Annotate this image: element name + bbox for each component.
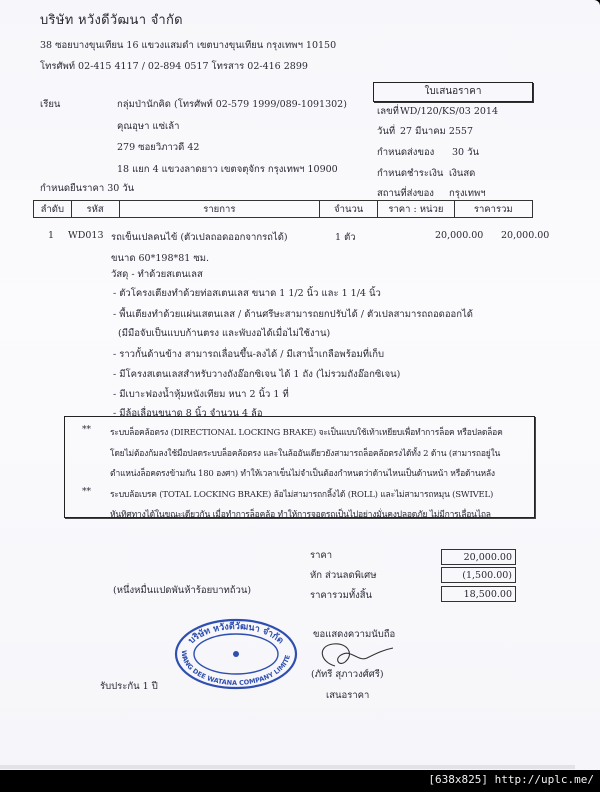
summary-value-price: 20,000.00: [441, 549, 516, 565]
meta-value-payment: เงินสด: [449, 169, 475, 179]
signature-closing: ขอแสดงความนับถือ: [313, 630, 395, 640]
meta-value-date: 27 มีนาคม 2557: [400, 127, 473, 137]
note-line: ระบบล็อคล้อตรง (DIRECTIONAL LOCKING BRAK…: [110, 425, 503, 439]
amount-in-words: (หนึ่งหมื่นแปดพันห้าร้อยบาทถ้วน): [113, 586, 251, 596]
summary-label-grand-total: ราคารวมทั้งสิ้น: [310, 591, 372, 601]
meta-value-number: WD/120/KS/03 2014: [400, 107, 498, 117]
item-material: วัสดุ - ทำด้วยสเตนเลส: [111, 267, 203, 282]
summary-label-discount: หัก ส่วนลดพิเศษ: [310, 571, 376, 581]
item-size: ขนาด 60*198*81 ซม.: [111, 251, 209, 266]
note-line: ระบบล้อเบรค (TOTAL LOCKING BRAKE) ล้อไม่…: [110, 487, 493, 501]
meta-label-number: เลขที่: [377, 107, 399, 117]
document-title: ใบเสนอราคา: [373, 82, 533, 102]
header-code: รหัส: [71, 201, 119, 218]
meta-label-payment: กำหนดชำระเงิน: [377, 169, 443, 179]
quotation-page: บริษัท หวังดีวัฒนา จำกัด 38 ซอยบางขุนเที…: [0, 0, 600, 770]
paper-edge: [0, 765, 575, 769]
header-unit-price: ราคา : หน่วย: [378, 201, 454, 218]
recipient-address-line-2: 18 แยก 4 แขวงลาดยาว เขตจตุจักร กรุงเทพฯ …: [117, 165, 338, 175]
note-line: หันทิศทางได้ในขณะเดียวกัน เมื่อทำการล็อค…: [110, 507, 491, 521]
spec-line: - ราวกั้นด้านข้าง สามารถเลื่อนขึ้น-ลงได้…: [113, 347, 384, 362]
item-total: 20,000.00: [501, 230, 549, 241]
spec-line: - ตัวโครงเตียงทำด้วยท่อสเตนเลส ขนาด 1 1/…: [113, 286, 381, 301]
note-line: โดยไม่ต้องก้มลงใช้มือปลดระบบล็อคล้อตรง แ…: [110, 446, 500, 460]
meta-label-delivery: กำหนดส่งของ: [377, 148, 434, 158]
signatory-name: (ภัทรี สุภาวงศ์ศรี): [311, 670, 384, 680]
company-contact: โทรศัพท์ 02-415 4117 / 02-894 0517 โทรสา…: [40, 62, 308, 72]
items-table-header: ลำดับ รหัส รายการ จำนวน ราคา : หน่วย ราค…: [34, 201, 533, 218]
recipient-address-line-1: 279 ซอยวิภาวดี 42: [117, 143, 199, 153]
company-address: 38 ซอยบางขุนเทียน 16 แขวงแสมดำ เขตบางขุน…: [40, 41, 336, 51]
note-marker: **: [82, 487, 91, 497]
recipient-organization: กลุ่มป่านักคิด (โทรศัพท์ 02-579 1999/089…: [117, 100, 347, 110]
note-marker: **: [82, 425, 91, 435]
company-name: บริษัท หวังดีวัฒนา จำกัด: [40, 14, 183, 27]
spec-line: (มีมือจับเป็นแบบก้านตรง และพับงอได้เมื่อ…: [118, 326, 330, 341]
summary-label-price: ราคา: [310, 551, 332, 561]
meta-label-location: สถานที่ส่งของ: [377, 189, 434, 199]
company-stamp: บริษัท หวังดีวัฒนา จำกัด WANG DEE WATANA…: [172, 617, 300, 692]
header-description: รายการ: [119, 201, 320, 218]
recipient-contact-name: คุณอุษา แซ่เล้า: [117, 122, 179, 132]
signatory-role: เสนอราคา: [326, 691, 369, 701]
spec-line: - พื้นเตียงทำด้วยแผ่นเสตนเลส / ด้านศรีษะ…: [113, 307, 473, 322]
meta-value-location: กรุงเทพฯ: [449, 189, 486, 199]
meta-label-date: วันที่: [377, 127, 395, 137]
item-unit-price: 20,000.00: [435, 230, 483, 241]
header-no: ลำดับ: [34, 201, 72, 218]
header-quantity: จำนวน: [320, 201, 378, 218]
items-table: ลำดับ รหัส รายการ จำนวน ราคา : หน่วย ราค…: [33, 200, 533, 218]
recipient-label: เรียน: [40, 100, 60, 110]
item-description: รถเข็นเปลคนไข้ (ตัวเปลถอดออกจากรถได้): [111, 230, 288, 245]
item-code: WD013: [68, 230, 104, 241]
item-quantity: 1 ตัว: [335, 230, 356, 245]
spec-line: - มีเบาะฟองน้ำหุ้มหนังเทียม หนา 2 นิ้ว 1…: [113, 387, 289, 402]
item-no: 1: [48, 230, 54, 241]
header-total: ราคารวม: [454, 201, 532, 218]
summary-value-grand-total: 18,500.00: [441, 586, 516, 602]
price-validity: กำหนดยืนราคา 30 วัน: [40, 184, 134, 194]
summary-value-discount: (1,500.00): [441, 567, 516, 583]
meta-value-delivery: 30 วัน: [452, 148, 479, 158]
note-line: ตำแหน่งล็อคตรงข้ามกัน 180 องศา) ทำให้เวล…: [110, 466, 495, 480]
spec-line: - มีโครงสเตนเลสสำหรับวางถังอ๊อกซิเจน ได้…: [113, 367, 400, 382]
warranty-note: รับประกัน 1 ปี: [100, 682, 158, 692]
signature-scribble: [315, 640, 395, 670]
image-host-watermark: [638x825] http://uplc.me/: [428, 773, 594, 786]
